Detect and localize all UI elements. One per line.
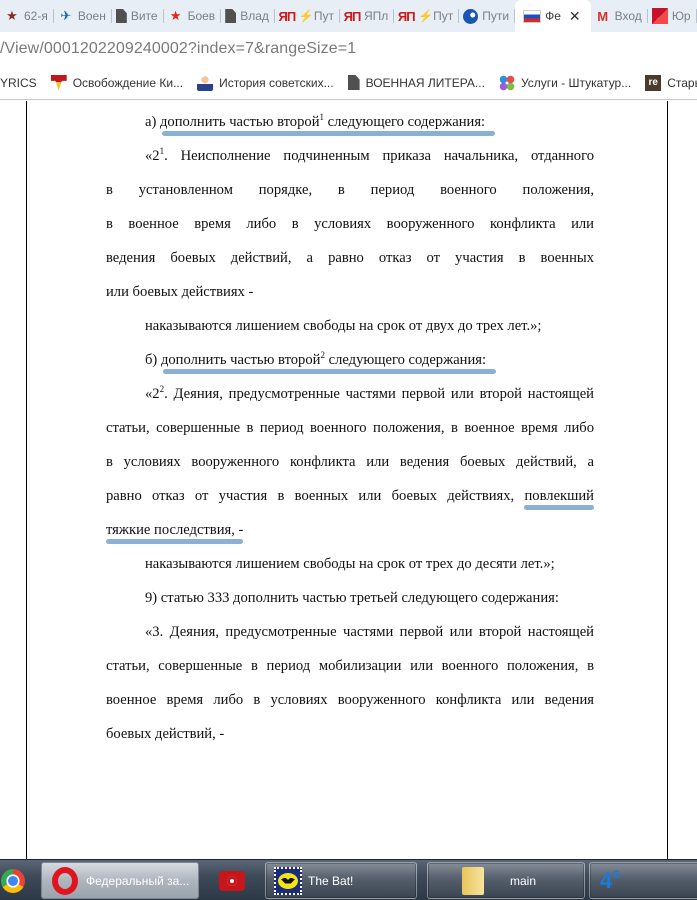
person-icon <box>197 75 213 91</box>
bookmark-label: Услуги - Штукатур... <box>521 76 631 90</box>
tab-label: Вход <box>615 9 642 23</box>
taskbar-the-bat[interactable]: The Bat! <box>265 862 417 899</box>
penalty-line: наказываются лишением свободы на срок от… <box>106 547 594 581</box>
highlighted-text: дополнить частью второй1 следующего соде… <box>160 114 485 130</box>
bookmark-istoriya[interactable]: История советских... <box>197 75 334 91</box>
gmail-icon: M <box>595 8 611 24</box>
folder-icon <box>462 867 484 895</box>
tab-label: Влад <box>240 9 269 23</box>
dots-icon <box>499 75 515 91</box>
paragraph-line: военное время либо в условиях вооруженно… <box>106 683 594 717</box>
chrome-icon <box>1 869 25 893</box>
paragraph-line: ведения боевых действий, а равно отказ о… <box>106 241 594 275</box>
bookmark-label: Освобождение Ки... <box>73 76 183 90</box>
tab-boev[interactable]: ★ Боев <box>164 0 222 32</box>
tab-puti[interactable]: Пути <box>459 0 515 32</box>
paragraph-line: статьи, совершенные в период мобилизации… <box>106 649 594 683</box>
bookmark-osvobozhdenie[interactable]: Освобождение Ки... <box>51 75 183 91</box>
opera-icon <box>52 867 78 895</box>
item-9: 9) статью 333 дополнить частью третьей с… <box>106 581 594 615</box>
tab-label: Фе <box>545 9 561 23</box>
4g-icon: 4G <box>600 868 621 894</box>
tab-label: Пути <box>482 9 509 23</box>
tab-voen[interactable]: ✈ Воен <box>54 0 112 32</box>
document-icon <box>225 9 236 23</box>
bookmark-label: ВОЕННАЯ ЛИТЕРА... <box>366 76 485 90</box>
highlighted-text: повлекший <box>524 488 594 504</box>
russian-flag-icon <box>523 10 541 23</box>
tab-label: 62-я <box>24 9 48 23</box>
tab-label: Юр <box>672 9 691 23</box>
close-tab-icon[interactable]: ✕ <box>569 8 581 25</box>
highlighted-text: тяжкие последствия, - <box>106 522 243 538</box>
paragraph-line: «21. Неисполнение подчиненным приказа на… <box>106 139 594 173</box>
penalty-line: наказываются лишением свободы на срок от… <box>106 309 594 343</box>
item-a: а) дополнить частью второй1 следующего с… <box>106 105 594 139</box>
yap-icon: ЯП <box>344 8 360 24</box>
url-text[interactable]: /View/0001202209240002?index=7&rangeSize… <box>0 40 356 58</box>
document-icon <box>116 9 127 23</box>
taskbar-label: Федеральный за... <box>86 874 189 888</box>
windows-taskbar: Федеральный за... The Bat! main 4G <box>0 859 697 900</box>
tab-put-2[interactable]: ЯП ⚡Пут <box>394 0 459 32</box>
paragraph-line: в установленном порядке, в период военно… <box>106 173 594 207</box>
bookmark-starye[interactable]: re Старые <box>645 75 697 91</box>
tab-yapl[interactable]: ЯП ЯПл <box>340 0 394 32</box>
tab-62[interactable]: ★ 62-я <box>0 0 54 32</box>
camera-icon <box>219 871 245 891</box>
taskbar-label: main <box>510 874 536 888</box>
tab-label: ⚡Пут <box>418 9 453 23</box>
paragraph-line: «22. Деяния, предусмотренные частями пер… <box>106 377 594 411</box>
yap-icon: ЯП <box>279 8 295 24</box>
document-icon <box>348 75 360 90</box>
line-text: . Неисполнение подчиненным приказа начал… <box>164 148 594 164</box>
bookmark-voennaya[interactable]: ВОЕННАЯ ЛИТЕРА... <box>348 75 485 90</box>
tab-label: ⚡Пут <box>299 9 334 23</box>
paragraph-line: в условиях вооруженного конфликта или ве… <box>106 445 594 479</box>
item-b-prefix: б) <box>145 352 161 368</box>
item-a-prefix: а) <box>145 114 160 130</box>
bookmark-label: YRICS <box>0 76 37 90</box>
document-viewport[interactable]: а) дополнить частью второй1 следующего с… <box>0 101 697 859</box>
paragraph-line: равно отказ от участия в военных или бое… <box>106 479 594 513</box>
red-star-icon: ★ <box>4 8 20 24</box>
yap-icon: ЯП <box>398 8 414 24</box>
paragraph-line: боевых действий, - <box>106 717 594 751</box>
bookmark-uslugi[interactable]: Услуги - Штукатур... <box>499 75 631 91</box>
tab-label: Воен <box>78 9 106 23</box>
tab-label: ЯПл <box>364 9 388 23</box>
bookmarks-bar: YRICS Освобождение Ки... История советск… <box>0 66 697 100</box>
bookmark-lyrics[interactable]: YRICS <box>0 76 37 90</box>
4g-glyph-sup: G <box>612 869 621 881</box>
taskbar-4g[interactable]: 4G <box>589 862 697 899</box>
re-icon: re <box>645 75 661 91</box>
item-b: б) дополнить частью второй2 следующего с… <box>106 343 594 377</box>
item-b-suffix: следующего содержания: <box>325 352 486 368</box>
tab-gmail[interactable]: M Вход <box>591 0 648 32</box>
red-star-icon: ★ <box>168 8 184 24</box>
tab-active-fe[interactable]: Фе ✕ <box>515 0 591 32</box>
tab-vite[interactable]: Вите <box>112 0 164 32</box>
part-number: «2 <box>145 386 160 402</box>
document-page: а) дополнить частью второй1 следующего с… <box>26 101 668 859</box>
tab-label: Боев <box>188 9 216 23</box>
paragraph-line: или боевых действиях - <box>106 275 594 309</box>
line-text: равно отказ от участия в военных или бое… <box>106 488 514 504</box>
paragraph-line: «3. Деяния, предусмотренные частями перв… <box>106 615 594 649</box>
paragraph-line: тяжкие последствия, - <box>106 513 594 547</box>
the-bat-icon <box>274 867 302 895</box>
line-text: . Деяния, предусмотренные частями первой… <box>164 386 594 402</box>
browser-tab-strip: ★ 62-я ✈ Воен Вите ★ Боев Влад ЯП ⚡Пут Я… <box>0 0 697 32</box>
taskbar-chrome[interactable] <box>0 862 28 899</box>
part-number: «2 <box>145 148 160 164</box>
paragraph-line: в военное время либо в условиях вооружен… <box>106 207 594 241</box>
highlighted-text: дополнить частью второй2 следующего соде… <box>161 352 486 368</box>
tab-yur[interactable]: Юр <box>648 0 697 32</box>
highlight-text: дополнить частью второй <box>160 114 320 130</box>
bookmark-label: Старые <box>667 76 697 90</box>
taskbar-camera[interactable] <box>212 862 252 899</box>
red-square-icon <box>652 8 668 24</box>
4g-glyph: 4 <box>600 868 612 893</box>
airplane-icon: ✈ <box>58 8 74 24</box>
taskbar-label: The Bat! <box>308 874 353 888</box>
document-text: а) дополнить частью второй1 следующего с… <box>106 105 594 751</box>
tab-vlad[interactable]: Влад <box>221 0 275 32</box>
taskbar-opera[interactable]: Федеральный за... <box>41 862 199 899</box>
globe-icon <box>463 9 478 24</box>
medal-icon <box>51 75 67 91</box>
tab-put-1[interactable]: ЯП ⚡Пут <box>275 0 340 32</box>
bookmark-label: История советских... <box>219 76 334 90</box>
address-bar[interactable]: /View/0001202209240002?index=7&rangeSize… <box>0 32 697 66</box>
tab-label: Вите <box>131 9 158 23</box>
highlight-text: дополнить частью второй <box>161 352 321 368</box>
taskbar-folder-main[interactable]: main <box>427 862 585 899</box>
paragraph-line: статьи, совершенные в период военного по… <box>106 411 594 445</box>
item-a-suffix: следующего содержания: <box>324 114 485 130</box>
